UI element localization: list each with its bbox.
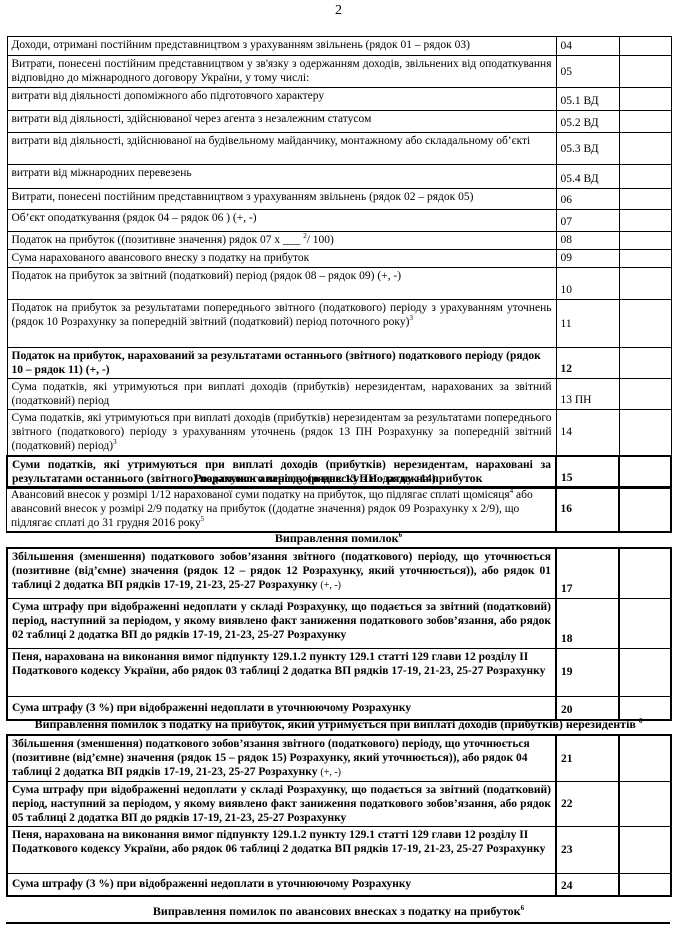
table-row: Податок на прибуток ((позитивне значення… <box>7 232 671 250</box>
row-code: 04 <box>556 37 619 56</box>
row-description: витрати від діяльності, здійснюваної чер… <box>7 111 556 133</box>
value-cell[interactable] <box>619 165 671 189</box>
row-code: 08 <box>556 232 619 250</box>
row-code: 16 <box>556 487 619 533</box>
table-row: Податок на прибуток за результатами попе… <box>7 300 671 348</box>
table-row: Витрати, понесені постійним представницт… <box>7 56 671 88</box>
row-description: витрати від міжнародних перевезень <box>7 165 556 189</box>
value-cell[interactable] <box>619 598 671 648</box>
row-description: Сума штрафу при відображенні недоплати у… <box>7 598 556 648</box>
row-description: Податок на прибуток ((позитивне значення… <box>7 232 556 250</box>
row-code: 05.4 ВД <box>556 165 619 189</box>
row-code: 07 <box>556 210 619 232</box>
section-title-nonresident: Виправлення помилок з податку на прибуто… <box>0 717 677 732</box>
section-title-advance: Розрахунок авансового внеску з податку н… <box>0 471 677 486</box>
value-cell[interactable] <box>619 56 671 88</box>
value-cell[interactable] <box>619 111 671 133</box>
table-row: Сума податків, які утримуються при випла… <box>7 410 671 456</box>
row-code: 06 <box>556 189 619 210</box>
row-description: Сума штрафу при відображенні недоплати у… <box>7 782 556 827</box>
row-description: Сума податків, які утримуються при випла… <box>7 379 556 410</box>
value-cell[interactable] <box>619 548 671 598</box>
table-row: Доходи, отримані постійним представництв… <box>7 37 671 56</box>
row-description: Пеня, нарахована на виконання вимог підп… <box>7 648 556 696</box>
value-cell[interactable] <box>619 189 671 210</box>
row-code: 09 <box>556 250 619 268</box>
page-number: 2 <box>0 3 677 19</box>
nonresident-errors-table: Збільшення (зменшення) податкового зобов… <box>6 734 672 897</box>
table-row: Податок на прибуток за звітний (податков… <box>7 268 671 300</box>
value-cell[interactable] <box>619 827 671 874</box>
row-description: Доходи, отримані постійним представництв… <box>7 37 556 56</box>
row-description: Авансовий внесок у розмірі 1/12 нарахова… <box>7 487 556 533</box>
row-code: 13 ПН <box>556 379 619 410</box>
value-cell[interactable] <box>619 735 671 782</box>
value-cell[interactable] <box>619 37 671 56</box>
value-cell[interactable] <box>619 410 671 456</box>
section-title-errors: Виправлення помилок6 <box>0 531 677 546</box>
row-code: 24 <box>556 874 619 896</box>
table-top-border <box>6 922 670 924</box>
table-row: Сума штрафу при відображенні недоплати у… <box>7 598 671 648</box>
value-cell[interactable] <box>619 268 671 300</box>
row-code: 05.2 ВД <box>556 111 619 133</box>
table-row: Сума штрафу при відображенні недоплати у… <box>7 782 671 827</box>
value-cell[interactable] <box>619 300 671 348</box>
table-row: Сума штрафу (3 %) при відображенні недоп… <box>7 874 671 896</box>
row-description: Податок на прибуток за звітний (податков… <box>7 268 556 300</box>
row-code: 17 <box>556 548 619 598</box>
table-row: Витрати, понесені постійним представницт… <box>7 189 671 210</box>
row-code: 12 <box>556 348 619 379</box>
table-row: Збільшення (зменшення) податкового зобов… <box>7 548 671 598</box>
table-row: Сума податків, які утримуються при випла… <box>7 379 671 410</box>
value-cell[interactable] <box>619 379 671 410</box>
row-description: Сума нарахованого авансового внеску з по… <box>7 250 556 268</box>
main-calculation-table: Доходи, отримані постійним представництв… <box>6 36 672 489</box>
table-row: Авансовий внесок у розмірі 1/12 нарахова… <box>7 487 671 533</box>
row-code: 05.1 ВД <box>556 88 619 111</box>
row-code: 22 <box>556 782 619 827</box>
row-description: Податок на прибуток за результатами попе… <box>7 300 556 348</box>
row-code: 23 <box>556 827 619 874</box>
table-row: Збільшення (зменшення) податкового зобов… <box>7 735 671 782</box>
advance-table: Авансовий внесок у розмірі 1/12 нарахова… <box>6 486 672 533</box>
value-cell[interactable] <box>619 210 671 232</box>
row-code: 19 <box>556 648 619 696</box>
table-row: Пеня, нарахована на виконання вимог підп… <box>7 648 671 696</box>
row-code: 14 <box>556 410 619 456</box>
row-description: витрати від діяльності, здійснюваної на … <box>7 133 556 165</box>
row-description: Об’єкт оподаткування (рядок 04 – рядок 0… <box>7 210 556 232</box>
value-cell[interactable] <box>619 88 671 111</box>
row-description: Збільшення (зменшення) податкового зобов… <box>7 735 556 782</box>
table-row: витрати від міжнародних перевезень 05.4 … <box>7 165 671 189</box>
errors-table: Збільшення (зменшення) податкового зобов… <box>6 547 672 721</box>
row-code: 11 <box>556 300 619 348</box>
row-description: Витрати, понесені постійним представницт… <box>7 56 556 88</box>
row-code: 21 <box>556 735 619 782</box>
value-cell[interactable] <box>619 348 671 379</box>
value-cell[interactable] <box>619 133 671 165</box>
row-code: 05 <box>556 56 619 88</box>
row-description: Витрати, понесені постійним представницт… <box>7 189 556 210</box>
row-description: витрати від діяльності допоміжного або п… <box>7 88 556 111</box>
row-code: 10 <box>556 268 619 300</box>
table-row: Пеня, нарахована на виконання вимог підп… <box>7 827 671 874</box>
row-code: 05.3 ВД <box>556 133 619 165</box>
table-row: Об’єкт оподаткування (рядок 04 – рядок 0… <box>7 210 671 232</box>
value-cell[interactable] <box>619 648 671 696</box>
row-description: Сума податків, які утримуються при випла… <box>7 410 556 456</box>
table-row: Сума нарахованого авансового внеску з по… <box>7 250 671 268</box>
value-cell[interactable] <box>619 874 671 896</box>
section-title-advance-errors: Виправлення помилок по авансових внесках… <box>0 904 677 919</box>
table-row: Податок на прибуток, нарахований за резу… <box>7 348 671 379</box>
value-cell[interactable] <box>619 782 671 827</box>
row-description: Пеня, нарахована на виконання вимог підп… <box>7 827 556 874</box>
row-description: Сума штрафу (3 %) при відображенні недоп… <box>7 874 556 896</box>
table-row: витрати від діяльності допоміжного або п… <box>7 88 671 111</box>
value-cell[interactable] <box>619 250 671 268</box>
row-description: Податок на прибуток, нарахований за резу… <box>7 348 556 379</box>
row-description: Збільшення (зменшення) податкового зобов… <box>7 548 556 598</box>
table-row: витрати від діяльності, здійснюваної на … <box>7 133 671 165</box>
table-row: витрати від діяльності, здійснюваної чер… <box>7 111 671 133</box>
value-cell[interactable] <box>619 487 671 533</box>
value-cell[interactable] <box>619 232 671 250</box>
row-code: 18 <box>556 598 619 648</box>
